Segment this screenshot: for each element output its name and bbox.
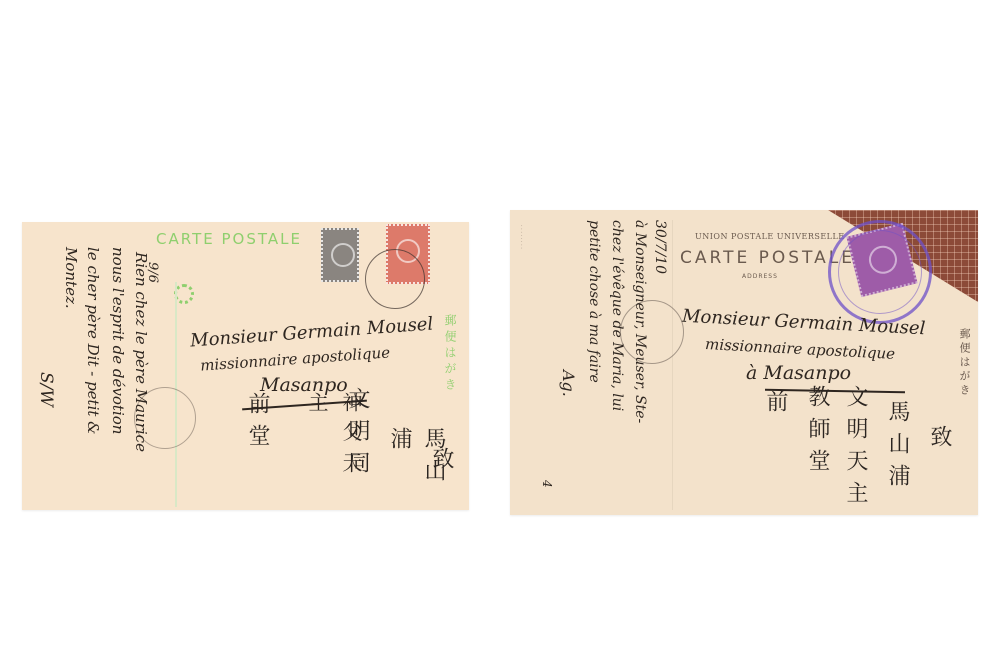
message-line: le cher père Dit - petit & xyxy=(84,247,102,435)
message-line: petite chose à ma faire xyxy=(586,220,602,383)
address-line: missionnaire apostolique xyxy=(705,335,896,363)
address-line: à Masanpo xyxy=(746,362,851,384)
kanji-column: 馬山浦 xyxy=(382,427,450,510)
postcard-right: · · · · · · · · UNION POSTALE UNIVERSELL… xyxy=(510,210,978,515)
card-header: CARTE POSTALE xyxy=(156,230,302,248)
kanji-column: 教師堂 xyxy=(800,385,834,481)
printer-mark: · · · · · · · · xyxy=(518,225,524,249)
purple-seal-cancel xyxy=(828,220,932,324)
address-line: Monsieur Germain Mousel xyxy=(190,314,434,352)
message-line: Rien chez le père Maurice xyxy=(132,252,150,452)
message-line: nous l'esprit de dévotion xyxy=(109,247,127,434)
page-number: 4 xyxy=(540,480,554,488)
signature: S/W xyxy=(36,372,56,407)
postcard-left: CARTE POSTALE 郵便はがき 9/6 Rien chez le pèr… xyxy=(22,222,469,510)
kanji-column: 前堂 xyxy=(240,392,274,456)
kanji-column: 文明天主 xyxy=(838,385,872,513)
message-date: 30/7/10 xyxy=(652,220,668,274)
address-label: ADDRESS xyxy=(742,273,778,280)
side-text: 郵便はがき xyxy=(956,328,972,398)
emblem-icon xyxy=(174,284,194,304)
union-postale-text: UNION POSTALE UNIVERSELLE xyxy=(695,232,845,241)
signature: Ag. xyxy=(559,370,578,397)
chrysanthemum-icon xyxy=(331,243,355,267)
message-line: Montez. xyxy=(62,247,80,309)
stamp-gray xyxy=(321,228,359,282)
kanji-column: 致 xyxy=(922,425,956,457)
kanji-column: 前 xyxy=(758,390,792,422)
kanji-column: 馬山浦 xyxy=(880,400,914,496)
postmark xyxy=(620,300,684,364)
kanji-column: 神父天主 xyxy=(300,392,368,510)
postmark xyxy=(365,249,425,309)
message-line: chez l'évêque de Maria, lui xyxy=(609,220,625,411)
message-line: à Monseigneur, Meuser, Ste- xyxy=(632,220,648,423)
side-text: 郵便はがき xyxy=(442,314,459,394)
card-divider xyxy=(672,220,673,510)
